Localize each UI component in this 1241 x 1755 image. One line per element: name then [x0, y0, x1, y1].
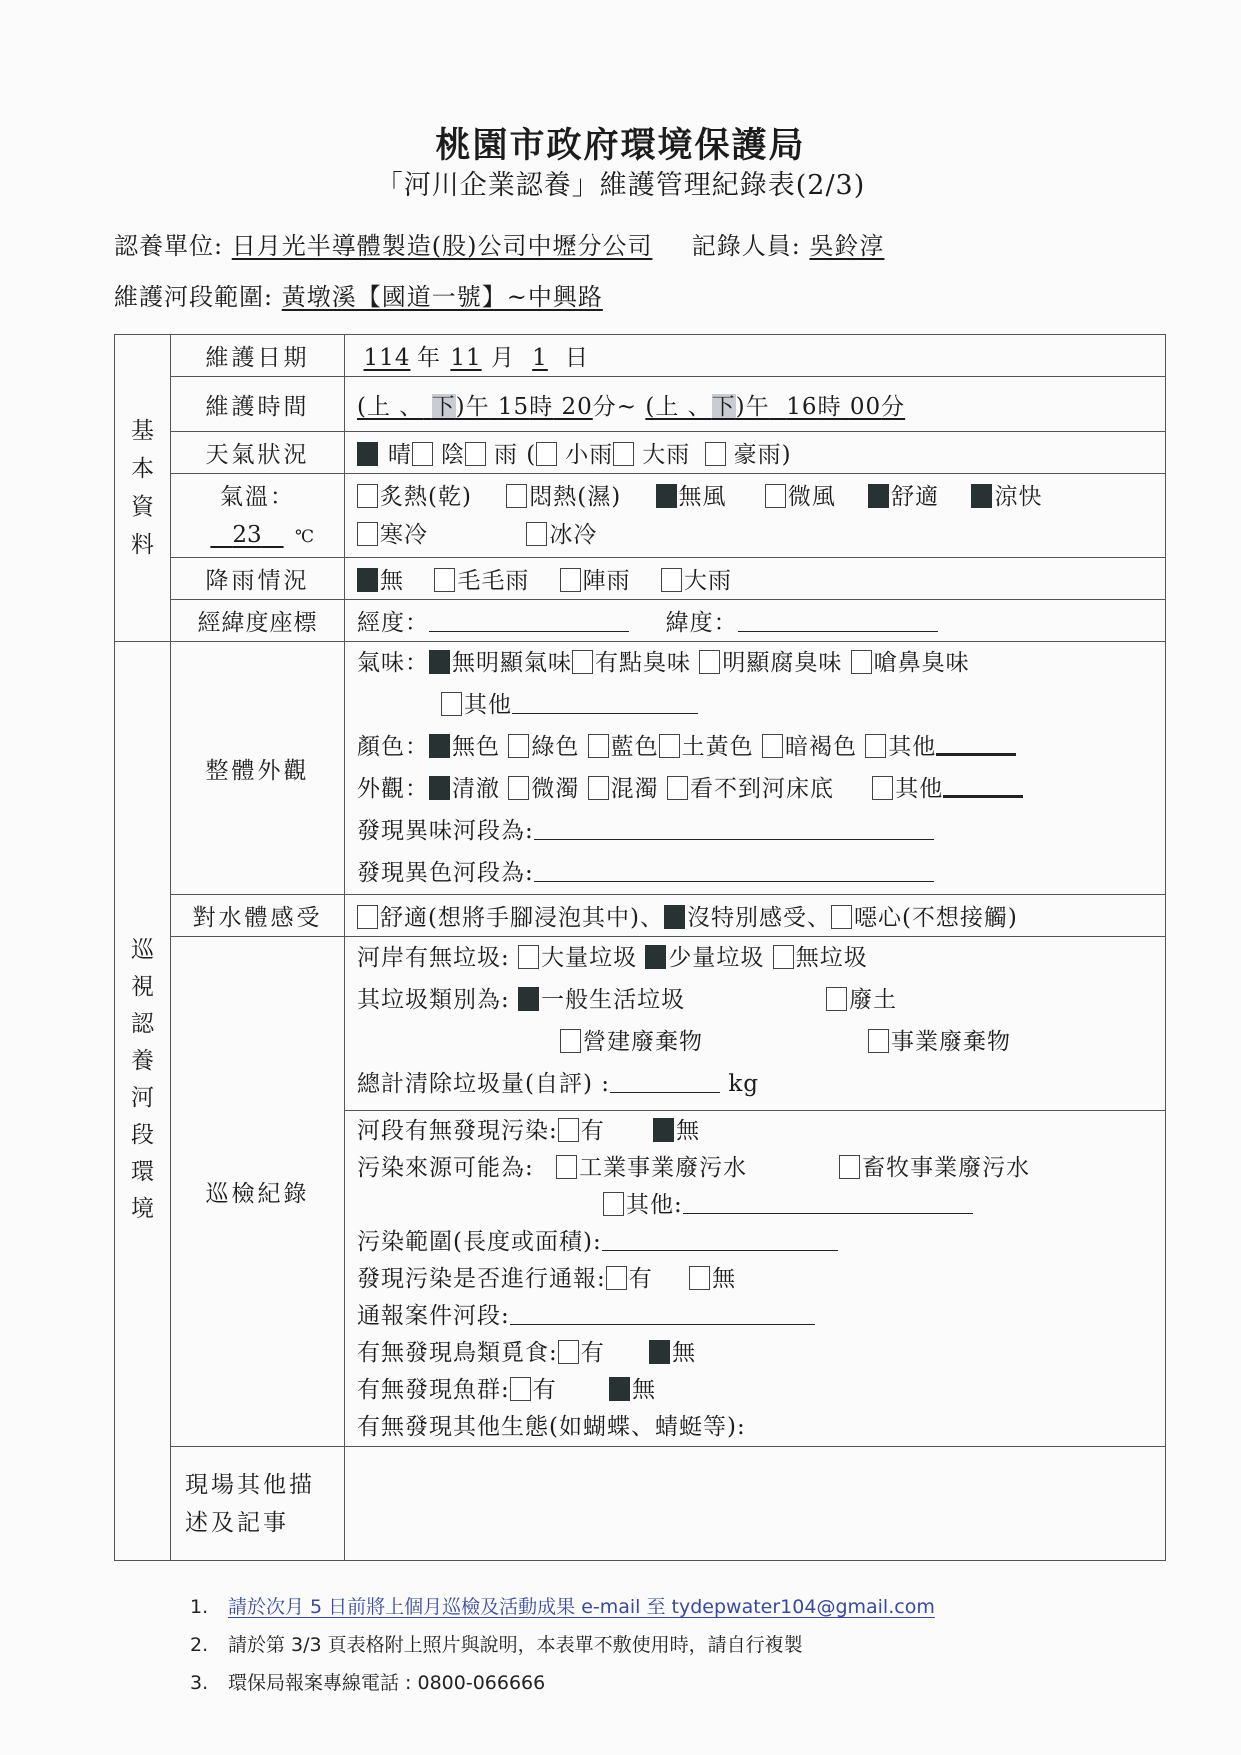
start-minute[interactable]: 20	[562, 394, 593, 420]
pollution-label: 河段有無發現污染:	[357, 1118, 558, 1144]
appearance-cell: 氣味：無明顯氣味有點臭味 明顯腐臭味 嗆鼻臭味 其他 顏色：無色 綠色 藍色土黃…	[345, 642, 1166, 895]
record-label: 巡檢紀錄	[171, 937, 345, 1447]
birds-yes-checkbox[interactable]	[558, 1340, 579, 1364]
source-industrial-checkbox[interactable]	[556, 1155, 577, 1179]
source-label: 污染來源可能為:	[357, 1155, 534, 1181]
temperature-label: 氣溫：	[171, 478, 344, 516]
notes-label-cell: 現場其他描 述及記事	[171, 1447, 345, 1561]
look-other-label: 其他	[895, 776, 943, 802]
report-label: 發現污染是否進行通報:	[357, 1266, 606, 1292]
notes-label-line2: 述及記事	[185, 1504, 344, 1542]
notes-field[interactable]	[345, 1447, 1166, 1561]
pollution-yes-label: 有	[581, 1118, 605, 1144]
fish-yes-checkbox[interactable]	[510, 1377, 531, 1401]
kg-unit: kg	[728, 1071, 759, 1097]
recorder-label: 記錄人員:	[692, 232, 801, 260]
year-field[interactable]: 114	[357, 345, 417, 371]
color-blue-checkbox[interactable]	[588, 734, 609, 758]
source-other-label: 其他:	[626, 1192, 683, 1218]
trash-none-label: 無垃圾	[796, 945, 868, 971]
source-industrial-label: 工業事業廢污水	[579, 1150, 839, 1187]
start-ampm-pm-selected[interactable]: 下	[432, 394, 456, 420]
coords-label: 經緯度座標	[171, 600, 345, 642]
day-unit: 日	[565, 345, 589, 371]
time-cell: (上 、 下)午 15時 20分~ (上 、下)午 16時 00分	[345, 377, 1166, 432]
trash-cell: 河岸有無垃圾: 大量垃圾 少量垃圾 無垃圾 其垃圾類別為: 一般生活垃圾廢土 營…	[345, 937, 1166, 1111]
fish-no-checkbox[interactable]	[609, 1377, 630, 1401]
trash-large-checkbox[interactable]	[518, 945, 539, 969]
report-segment-field[interactable]	[510, 1304, 815, 1325]
feeling-label: 對水體感受	[171, 895, 345, 937]
trash-small-checkbox[interactable]	[645, 945, 666, 969]
pollution-yes-checkbox[interactable]	[558, 1118, 579, 1142]
weather-sunny-label: 晴	[388, 442, 412, 468]
color-green-label: 綠色	[531, 734, 579, 760]
trash-construction-label: 營建廢棄物	[583, 1021, 868, 1063]
look-label: 外觀：	[357, 776, 429, 802]
range-label: 維護河段範圍:	[114, 283, 273, 311]
end-ampm-am[interactable]: (上 、	[645, 394, 711, 420]
date-cell: 114年11月1日	[345, 335, 1166, 377]
feel-breeze-checkbox[interactable]	[765, 484, 786, 508]
notes-label-line1: 現場其他描	[185, 1466, 344, 1504]
trash-soil-checkbox[interactable]	[826, 987, 847, 1011]
section-patrol: 巡視認養河段環境	[115, 642, 171, 1561]
odor-other-field[interactable]	[512, 693, 698, 714]
trash-industrial-label: 事業廢棄物	[891, 1029, 1011, 1055]
weather-label: 天氣狀況	[171, 432, 345, 474]
color-none-label: 無色	[452, 734, 500, 760]
trash-small-label: 少量垃圾	[668, 945, 764, 971]
temperature-cell: 氣溫： 23 ℃	[171, 474, 345, 558]
odor-other-checkbox[interactable]	[441, 692, 462, 716]
rain-shower-label: 陣雨	[583, 568, 631, 594]
note-1-number: 1.	[190, 1588, 228, 1626]
weather-heavy-rain-label: 大雨	[642, 442, 690, 468]
feel-cold-checkbox[interactable]	[357, 522, 378, 546]
feel-comfortable-checkbox[interactable]	[868, 484, 889, 508]
look-no-riverbed-checkbox[interactable]	[667, 776, 688, 800]
end-noon: )午	[736, 394, 770, 420]
color-brown-checkbox[interactable]	[762, 734, 783, 758]
note-2: 2.請於第 3/3 頁表格附上照片與說明，本表單不敷使用時，請自行複製	[190, 1626, 935, 1664]
feel-comfortable-label: 舒適	[891, 484, 939, 510]
odor-label: 氣味：	[357, 650, 429, 676]
start-ampm-am[interactable]: (上 、	[357, 394, 423, 420]
temperature-feel-options: 炙熱(乾) 悶熱(濕) 無風 微風 舒適 涼快 寒冷 冰冷	[345, 474, 1166, 558]
temperature-value: 23	[232, 522, 261, 548]
extent-label: 污染範圍(長度或面積):	[357, 1229, 602, 1255]
celsius-unit: ℃	[295, 527, 316, 547]
color-segment-field[interactable]	[534, 861, 934, 882]
feel-hot-dry-checkbox[interactable]	[357, 484, 378, 508]
pollution-cell: 河段有無發現污染:有 無 污染來源可能為: 工業事業廢污水畜牧事業廢污水 其他:…	[345, 1111, 1166, 1447]
recorder-field[interactable]: 吳鈴淳	[809, 232, 884, 260]
adopter-label: 認養單位:	[114, 232, 223, 260]
odor-segment-label: 發現異味河段為:	[357, 818, 534, 844]
rain-none-label: 無	[380, 568, 404, 594]
trash-household-checkbox[interactable]	[518, 987, 539, 1011]
color-label: 顏色：	[357, 734, 429, 760]
birds-no-label: 無	[672, 1340, 696, 1366]
color-yellow-checkbox[interactable]	[659, 734, 680, 758]
weather-cloudy-label: 陰	[441, 442, 465, 468]
look-turbid-checkbox[interactable]	[588, 776, 609, 800]
month-field[interactable]: 11	[441, 345, 491, 371]
color-none-checkbox[interactable]	[429, 734, 450, 758]
end-minute[interactable]: 00	[850, 394, 881, 420]
fish-label: 有無發現魚群:	[357, 1377, 510, 1403]
birds-yes-label: 有	[581, 1340, 605, 1366]
feel-cold-label: 寒冷	[380, 522, 428, 548]
start-time-field[interactable]: (上 、 下)午 15時 20	[357, 394, 593, 420]
longitude-label: 經度：	[357, 610, 429, 636]
fish-no-label: 無	[632, 1377, 656, 1403]
color-segment-label: 發現異色河段為:	[357, 860, 534, 886]
look-slightly-turbid-checkbox[interactable]	[508, 776, 529, 800]
note-1: 1.請於次月 5 日前將上個月巡檢及活動成果 e-mail 至 tydepwat…	[190, 1588, 935, 1626]
trash-soil-label: 廢土	[849, 987, 897, 1013]
odor-rotten-checkbox[interactable]	[699, 650, 720, 674]
hour-unit: 時	[818, 394, 842, 420]
look-turbid-label: 混濁	[611, 776, 659, 802]
weather-light-rain-checkbox[interactable]	[536, 442, 557, 466]
weather-torrential-rain-label: 豪雨)	[734, 442, 792, 468]
temperature-field[interactable]: 23	[199, 516, 295, 554]
year-unit: 年	[417, 345, 441, 371]
fish-yes-label: 有	[533, 1377, 557, 1403]
feeling-comfortable-label: 舒適(想將手腳浸泡其中)、	[380, 905, 664, 931]
color-yellow-label: 土黃色	[682, 734, 754, 760]
look-clear-label: 清澈	[452, 776, 500, 802]
rain-options: 無 毛毛雨 陣雨 大雨	[345, 558, 1166, 600]
look-clear-checkbox[interactable]	[429, 776, 450, 800]
longitude-field[interactable]	[429, 611, 629, 632]
odor-slight-label: 有點臭味	[595, 650, 691, 676]
form-title: 「河川企業認養」維護管理紀錄表(2/3)	[0, 163, 1241, 202]
weather-torrential-rain-checkbox[interactable]	[705, 442, 726, 466]
footer-notes: 1.請於次月 5 日前將上個月巡檢及活動成果 e-mail 至 tydepwat…	[190, 1588, 935, 1702]
color-brown-label: 暗褐色	[785, 734, 857, 760]
feeling-disgusting-label: 噁心(不想接觸)	[854, 905, 1018, 931]
look-slightly-turbid-label: 微濁	[531, 776, 579, 802]
latitude-field[interactable]	[738, 611, 938, 632]
feel-cool-label: 涼快	[994, 484, 1042, 510]
look-no-riverbed-label: 看不到河床底	[690, 776, 834, 802]
trash-industrial-checkbox[interactable]	[868, 1029, 889, 1053]
trash-large-label: 大量垃圾	[541, 945, 637, 971]
note-3-text: 環保局報案專線電話 : 0800-066666	[228, 1672, 545, 1694]
section-basic-label: 基本資料	[130, 412, 156, 564]
odor-segment-field[interactable]	[534, 819, 934, 840]
rain-heavy-checkbox[interactable]	[661, 568, 682, 592]
source-livestock-label: 畜牧事業廢污水	[862, 1155, 1030, 1181]
trash-total-label: 總計清除垃圾量(自評) :	[357, 1071, 610, 1097]
feel-no-wind-label: 無風	[679, 484, 727, 510]
weather-heavy-rain-checkbox[interactable]	[613, 442, 634, 466]
trash-label: 河岸有無垃圾:	[357, 945, 510, 971]
birds-no-checkbox[interactable]	[649, 1340, 670, 1364]
color-other-label: 其他	[888, 734, 936, 760]
hour-unit: 時	[529, 394, 553, 420]
end-ampm-pm-selected[interactable]: 下	[712, 394, 736, 420]
feel-freezing-checkbox[interactable]	[526, 522, 547, 546]
look-other-field[interactable]	[943, 775, 1023, 798]
note-3: 3.環保局報案專線電話 : 0800-066666	[190, 1664, 935, 1702]
source-other-field[interactable]	[683, 1193, 973, 1214]
odor-none-checkbox[interactable]	[429, 650, 450, 674]
odor-other-label: 其他	[464, 692, 512, 718]
temperature-input-row: 23 ℃	[171, 516, 344, 554]
note-2-number: 2.	[190, 1626, 228, 1664]
coords-cell: 經度： 緯度：	[345, 600, 1166, 642]
adopter-line: 認養單位: 日月光半導體製造(股)公司中壢分公司 記錄人員: 吳鈴淳	[114, 226, 884, 261]
report-yes-label: 有	[629, 1266, 653, 1292]
odor-rotten-label: 明顯腐臭味	[722, 650, 842, 676]
other-eco-label: 有無發現其他生態(如蝴蝶、蜻蜓等):	[357, 1414, 746, 1440]
start-hour[interactable]: 15	[498, 394, 529, 420]
end-time-field[interactable]: (上 、下)午 16時 00分	[645, 394, 905, 420]
feeling-options: 舒適(想將手腳浸泡其中)、沒特別感受、噁心(不想接觸)	[345, 895, 1166, 937]
color-other-field[interactable]	[936, 733, 1016, 756]
month-unit: 月	[491, 345, 515, 371]
minute-unit: 分	[593, 394, 617, 420]
section-patrol-label: 巡視認養河段環境	[130, 932, 156, 1228]
trash-type-label: 其垃圾類別為:	[357, 987, 510, 1013]
adopter-field[interactable]: 日月光半導體製造(股)公司中壢分公司	[232, 232, 653, 260]
rain-none-checkbox[interactable]	[357, 568, 378, 592]
feeling-neutral-checkbox[interactable]	[664, 905, 685, 929]
maintenance-form-table: 基本資料 維護日期 114年11月1日 維護時間 (上 、 下)午 15時 20…	[114, 334, 1166, 1561]
pollution-no-checkbox[interactable]	[653, 1118, 674, 1142]
rain-heavy-label: 大雨	[684, 568, 732, 594]
feeling-comfortable-checkbox[interactable]	[357, 905, 378, 929]
look-other-checkbox[interactable]	[872, 776, 893, 800]
rain-drizzle-label: 毛毛雨	[457, 568, 529, 594]
odor-slight-checkbox[interactable]	[572, 650, 593, 674]
feel-breeze-label: 微風	[788, 484, 836, 510]
note-2-text: 請於第 3/3 頁表格附上照片與說明，本表單不敷使用時，請自行複製	[228, 1634, 803, 1656]
extent-field[interactable]	[602, 1230, 838, 1251]
color-blue-label: 藍色	[611, 734, 659, 760]
feel-hot-humid-label: 悶熱(濕)	[529, 484, 621, 510]
report-no-label: 無	[712, 1266, 736, 1292]
minute-unit: 分	[881, 394, 905, 420]
odor-none-label: 無明顯氣味	[452, 650, 572, 676]
feel-cool-checkbox[interactable]	[971, 484, 992, 508]
note-3-number: 3.	[190, 1664, 228, 1702]
feel-no-wind-checkbox[interactable]	[656, 484, 677, 508]
rain-shower-checkbox[interactable]	[560, 568, 581, 592]
start-noon: )午	[456, 394, 490, 420]
trash-construction-checkbox[interactable]	[560, 1029, 581, 1053]
time-separator: ~	[617, 394, 637, 420]
weather-cloudy-checkbox[interactable]	[412, 442, 433, 466]
trash-none-checkbox[interactable]	[773, 945, 794, 969]
pollution-no-label: 無	[676, 1118, 700, 1144]
feeling-disgusting-checkbox[interactable]	[831, 905, 852, 929]
odor-pungent-checkbox[interactable]	[851, 650, 872, 674]
report-no-checkbox[interactable]	[689, 1266, 710, 1290]
feel-hot-dry-label: 炙熱(乾)	[380, 484, 472, 510]
weather-sunny-checkbox[interactable]	[357, 442, 378, 466]
feel-freezing-label: 冰冷	[549, 522, 597, 548]
appearance-label: 整體外觀	[171, 642, 345, 895]
report-yes-checkbox[interactable]	[606, 1266, 627, 1290]
date-label: 維護日期	[171, 335, 345, 377]
report-segment-label: 通報案件河段:	[357, 1303, 510, 1329]
trash-household-label: 一般生活垃圾	[541, 979, 826, 1021]
range-field[interactable]: 黃墩溪【國道一號】~中興路	[282, 283, 603, 311]
source-livestock-checkbox[interactable]	[839, 1155, 860, 1179]
feel-hot-humid-checkbox[interactable]	[506, 484, 527, 508]
color-other-checkbox[interactable]	[865, 734, 886, 758]
weather-rain-label: 雨 (	[494, 442, 536, 468]
weather-rain-checkbox[interactable]	[465, 442, 486, 466]
rain-label: 降雨情況	[171, 558, 345, 600]
latitude-label: 緯度：	[666, 610, 738, 636]
source-other-checkbox[interactable]	[603, 1192, 624, 1216]
range-line: 維護河段範圍: 黃墩溪【國道一號】~中興路	[114, 277, 603, 312]
odor-pungent-label: 嗆鼻臭味	[874, 650, 970, 676]
weather-light-rain-label: 小雨	[565, 442, 613, 468]
time-label: 維護時間	[171, 377, 345, 432]
trash-total-field[interactable]	[610, 1072, 720, 1093]
feeling-neutral-label: 沒特別感受、	[687, 905, 831, 931]
day-field[interactable]: 1	[515, 345, 565, 371]
rain-drizzle-checkbox[interactable]	[434, 568, 455, 592]
note-1-email-link[interactable]: 請於次月 5 日前將上個月巡檢及活動成果 e-mail 至 tydepwater…	[228, 1596, 935, 1618]
weather-options: 晴陰雨 (小雨大雨 豪雨)	[345, 432, 1166, 474]
color-green-checkbox[interactable]	[508, 734, 529, 758]
birds-label: 有無發現鳥類覓食:	[357, 1340, 558, 1366]
section-basic: 基本資料	[115, 335, 171, 642]
end-hour[interactable]: 16	[786, 394, 817, 420]
agency-title: 桃園市政府環境保護局	[0, 118, 1241, 168]
